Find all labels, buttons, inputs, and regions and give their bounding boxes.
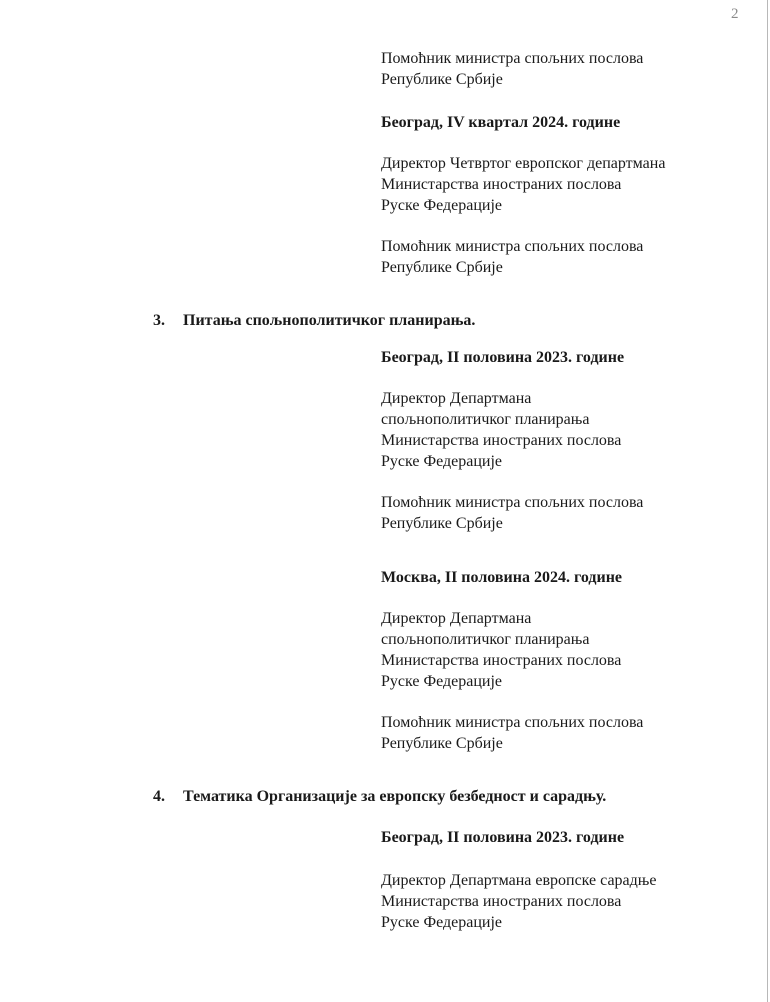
meeting-date: Београд, II половина 2023. године	[381, 347, 624, 368]
russian-official-line: спољнополитичког планирања	[381, 629, 589, 650]
russian-official-line: Руске Федерације	[381, 451, 502, 472]
section-title: Питања спољнополитичког планирања.	[183, 310, 475, 331]
serbian-official-line: Помоћник министра спољних послова	[381, 236, 643, 257]
serbian-official-line: Републике Србије	[381, 69, 503, 90]
section-title: Тематика Организације за европску безбед…	[183, 786, 606, 807]
section-number: 3.	[153, 310, 165, 331]
serbian-official-line: Помоћник министра спољних послова	[381, 492, 643, 513]
meeting-date: Београд, IV квартал 2024. године	[381, 112, 620, 133]
russian-official-line: Министарства иностраних послова	[381, 650, 621, 671]
document-page: 2 Помоћник министра спољних послова Репу…	[0, 0, 768, 1002]
serbian-official-line: Републике Србије	[381, 733, 503, 754]
page-number: 2	[731, 6, 739, 23]
russian-official-line: Директор Четвртог европског департмана	[381, 153, 665, 174]
serbian-official-line: Републике Србије	[381, 257, 503, 278]
russian-official-line: Министарства иностраних послова	[381, 891, 621, 912]
russian-official-line: Директор Департмана	[381, 388, 531, 409]
serbian-official-line: Помоћник министра спољних послова	[381, 712, 643, 733]
russian-official-line: Руске Федерације	[381, 671, 502, 692]
russian-official-line: Директор Департмана европске сарадње	[381, 870, 656, 891]
russian-official-line: Министарства иностраних послова	[381, 174, 621, 195]
russian-official-line: Директор Департмана	[381, 608, 531, 629]
meeting-date: Београд, II половина 2023. године	[381, 827, 624, 848]
meeting-date: Москва, II половина 2024. године	[381, 567, 622, 588]
serbian-official-line: Републике Србије	[381, 513, 503, 534]
russian-official-line: Министарства иностраних послова	[381, 430, 621, 451]
russian-official-line: Руске Федерације	[381, 195, 502, 216]
serbian-official-line: Помоћник министра спољних послова	[381, 48, 643, 69]
section-number: 4.	[153, 786, 165, 807]
russian-official-line: Руске Федерације	[381, 912, 502, 933]
russian-official-line: спољнополитичког планирања	[381, 409, 589, 430]
